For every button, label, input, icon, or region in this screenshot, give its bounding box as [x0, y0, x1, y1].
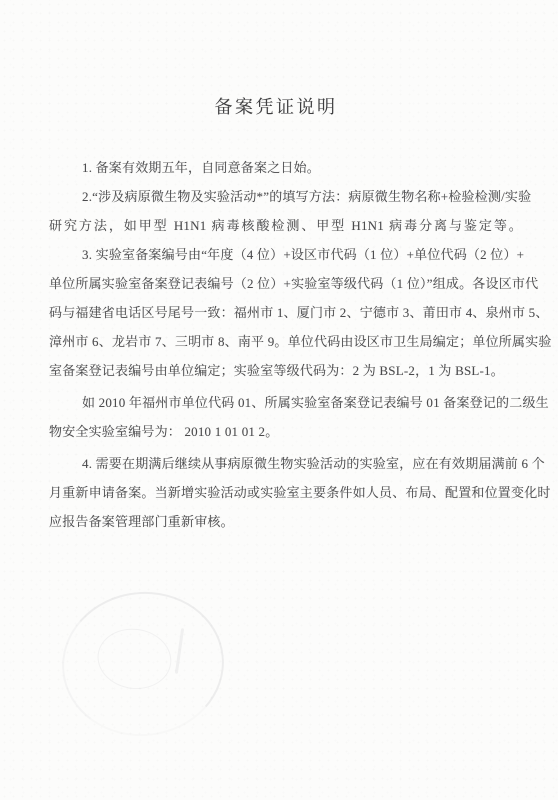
- body-line: 研究方法，如甲型 H1N1 病毒核酸检测、甲型 H1N1 病毒分离与鉴定等。: [49, 211, 522, 240]
- body-line: 1. 备案有效期五年，自同意备案之日始。: [49, 153, 522, 182]
- body-line: 漳州市 6、龙岩市 7、三明市 8、南平 9。单位代码由设区市卫生局编定；单位所…: [49, 327, 522, 356]
- body-line: 室备案登记表编号由单位编定；实验室等级代码为：2 为 BSL-2，1 为 BSL…: [49, 356, 522, 385]
- body-line: 应报告备案管理部门重新审核。: [49, 507, 522, 536]
- body-line: 物安全实验室编号为： 2010 1 01 01 2。: [49, 417, 522, 446]
- body-line: 单位所属实验室备案登记表编号（2 位）+实验室等级代码（1 位）”组成。各设区市…: [49, 269, 522, 298]
- faint-circular-seal-imprint: [55, 584, 231, 744]
- body-line: 码与福建省电话区号尾号一致：福州市 1、厦门市 2、宁德市 3、莆田市 4、泉州…: [49, 298, 522, 327]
- body-line: 4. 需要在期满后继续从事病原微生物实验活动的实验室，应在有效期届满前 6 个: [49, 449, 522, 478]
- document-body: 1. 备案有效期五年，自同意备案之日始。 2.“涉及病原微生物及实验活动*”的填…: [49, 153, 522, 536]
- body-line: 月重新申请备案。当新增实验活动或实验室主要条件如人员、布局、配置和位置变化时: [49, 478, 522, 507]
- scanned-document-page: 备案凭证说明 1. 备案有效期五年，自同意备案之日始。 2.“涉及病原微生物及实…: [0, 0, 558, 800]
- body-line: 2.“涉及病原微生物及实验活动*”的填写方法：病原微生物名称+检验检测/实验: [49, 182, 522, 211]
- body-line: 如 2010 年福州市单位代码 01、所属实验室备案登记表编号 01 备案登记的…: [49, 388, 522, 417]
- body-line: 3. 实验室备案编号由“年度（4 位）+设区市代码（1 位）+单位代码（2 位）…: [49, 240, 522, 269]
- document-title: 备案凭证说明: [0, 93, 552, 119]
